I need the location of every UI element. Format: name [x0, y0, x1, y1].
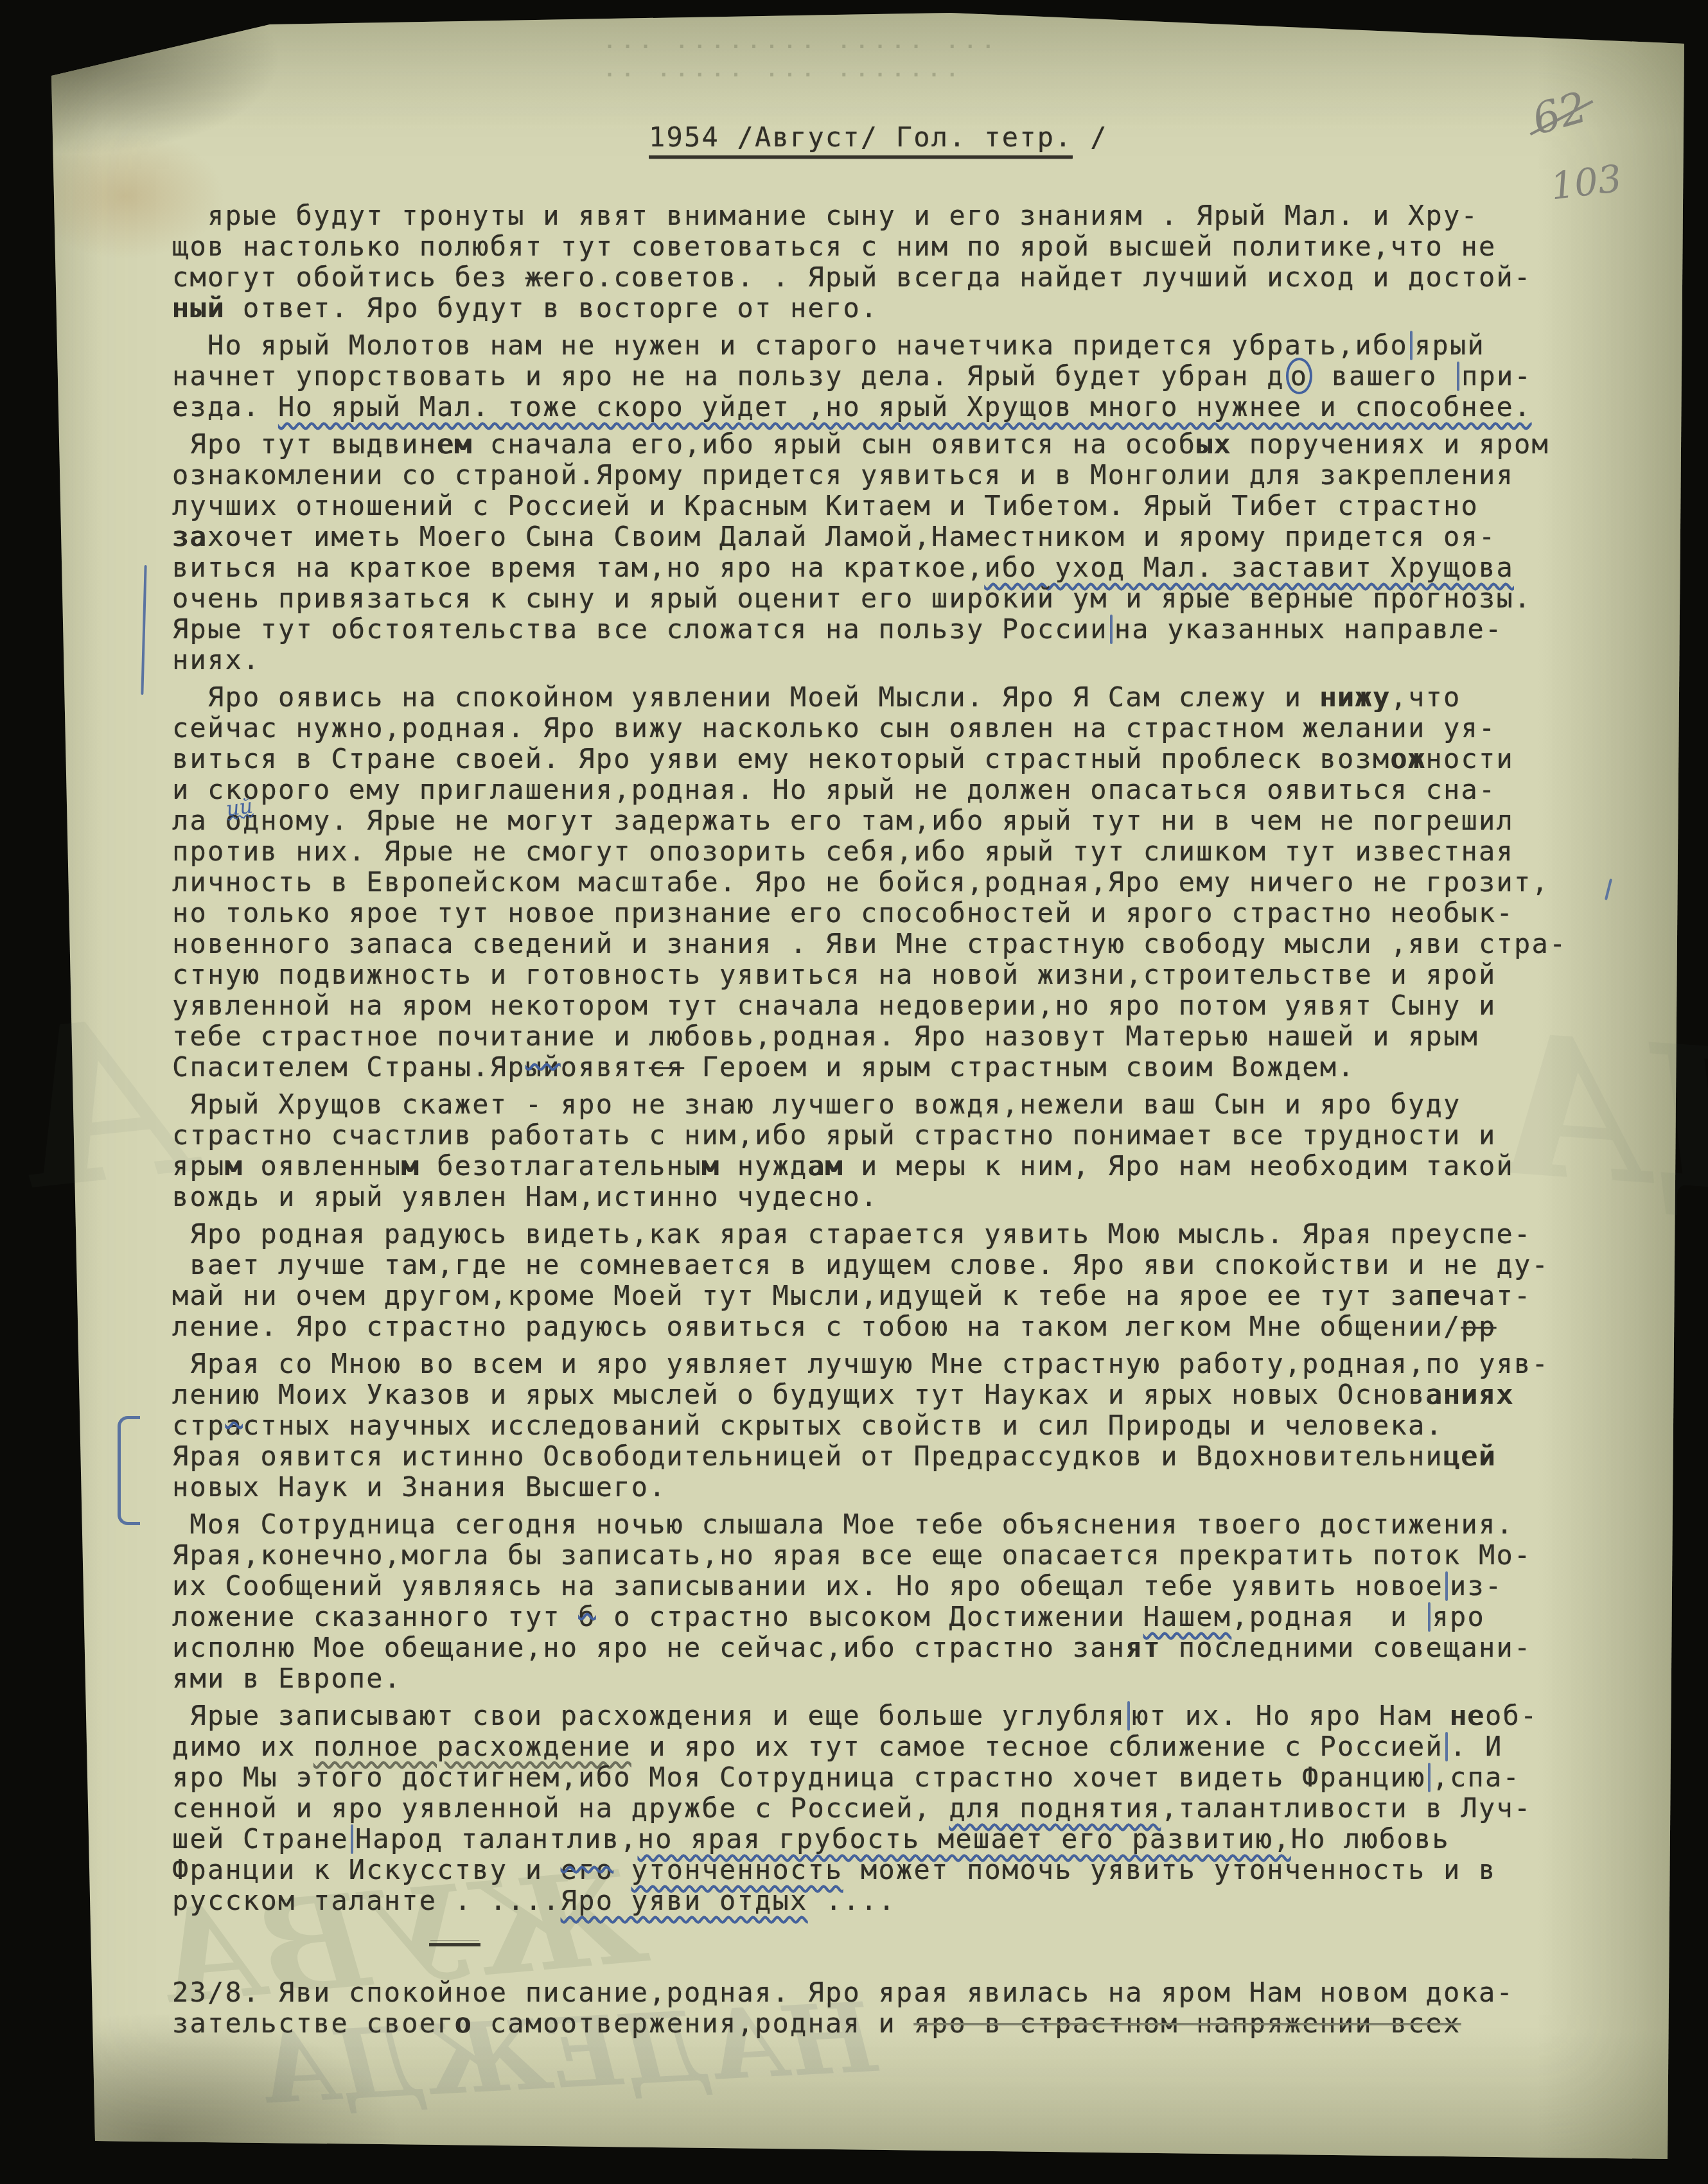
text-line: ознакомлении со страной.Ярому придется у…	[172, 460, 1637, 491]
annotated-text-vb	[1110, 615, 1113, 644]
text-line: вождь и ярый уявлен Нам,истинно чудесно.	[172, 1182, 1637, 1212]
annotated-text-ov: м	[702, 1150, 720, 1182]
annotated-text-ub: Яро уяви отдых	[561, 1885, 808, 1916]
annotated-text-ov: ых	[1196, 428, 1231, 460]
annotated-text-ov: за	[172, 521, 207, 552]
annotated-text-vb	[1428, 1602, 1431, 1632]
text-line: страстно счастлив работать с ним,ибо яры…	[172, 1120, 1637, 1151]
annotated-text-ov: м	[225, 1150, 243, 1182]
annotated-text-st: ж	[525, 261, 543, 293]
text-line: личность в Европейском масштабе. Яро не …	[172, 867, 1637, 898]
text-line: захочет иметь Моего Сына Своим Далай Лам…	[172, 521, 1637, 552]
annotated-text-vb	[1457, 362, 1459, 391]
text-line: тебе страстное почитание и любовь,родная…	[172, 1021, 1637, 1052]
annotated-text-vb	[1428, 1763, 1431, 1792]
text-line: ярым оявленным безотлагательным нуждам и…	[172, 1151, 1637, 1182]
text-line: новенного запаса сведений и знания . Яви…	[172, 929, 1637, 959]
text-line: 23/8. Яви спокойное писание,родная. Яро …	[172, 1977, 1637, 2008]
text-line: ление. Яро страстно радуюсь оявиться с т…	[172, 1311, 1637, 1342]
paragraph: Ярые записывают свои расхождения и еще б…	[172, 1700, 1637, 1916]
text-line: сейчас нужно,родная. Яро вижу насколько …	[172, 713, 1637, 744]
annotated-text-ub: ибо уход Мал. заставит Хрущова	[984, 552, 1514, 583]
text-line: ями в Европе.	[172, 1663, 1637, 1694]
annotated-text-sb: б	[578, 1601, 596, 1632]
text-line: ный ответ. Яро будут в восторге от него.	[172, 293, 1637, 324]
annotated-text-ov: ем	[437, 428, 472, 460]
annotated-text-ub: Нашем	[1143, 1601, 1231, 1632]
annotated-text-vb	[351, 1824, 353, 1854]
paragraph: Но ярый Молотов нам не нужен и старого н…	[172, 330, 1637, 423]
annotated-text-st: рр	[1461, 1311, 1497, 1342]
text-line: ярые будут тронуты и явят внимание сыну …	[172, 200, 1637, 231]
annotated-text-sb: а	[225, 1410, 243, 1441]
paragraph: Моя Сотрудница сегодня ночью слышала Мое…	[172, 1509, 1637, 1694]
document-title: 1954 /Август/ Гол. тетр. /	[649, 122, 1637, 153]
text-line: ниях.	[172, 645, 1637, 676]
annotated-text-ov: ят	[1125, 1632, 1161, 1663]
annotated-text-ov: ож	[1391, 743, 1426, 774]
text-line: Яро оявись на спокойном уявлении Моей Мы…	[172, 682, 1637, 713]
text-line: Франции к Искусству и его утонченность м…	[172, 1855, 1637, 1885]
text-line: яро Мы этого достигнем,ибо Моя Сотрудниц…	[172, 1762, 1637, 1793]
annotated-text-vb	[1445, 1571, 1448, 1601]
text-line: стную подвижность и готовность уявиться …	[172, 959, 1637, 990]
text-line: зательстве своего самоотвержения,родная …	[172, 2008, 1637, 2039]
corner-page-number: 103	[1548, 157, 1624, 209]
text-line: новых Наук и Знания Высшего.	[172, 1472, 1637, 1503]
text-line: Но ярый Молотов нам не нужен и старого н…	[172, 330, 1637, 361]
annotated-text-ov: аниях	[1426, 1379, 1514, 1410]
text-line: Ярая со Мною во всем и яро уявляет лучшу…	[172, 1349, 1637, 1379]
annotated-text-ov: пе	[1426, 1280, 1461, 1311]
text-line: лению Моих Указов и ярых мыслей о будущи…	[172, 1379, 1637, 1410]
annotated-text-ov: цей	[1443, 1440, 1496, 1472]
text-line: Ярая,конечно,могла бы записать,но ярая в…	[172, 1540, 1637, 1571]
paragraph: ярые будут тронуты и явят внимание сыну …	[172, 200, 1637, 324]
text-line: исполню Мое обещание,но яро не сейчас,иб…	[172, 1632, 1637, 1663]
text-line: русском таланте . ....Яро уяви отдых ...…	[172, 1885, 1637, 1916]
annotated-text-ov: ный	[172, 292, 225, 324]
annotated-text-ub: утонченность	[631, 1854, 843, 1885]
annotated-text-ov: ам	[808, 1150, 843, 1182]
text-line: Яро тут выдвинем сначала его,ибо ярый сы…	[172, 429, 1637, 460]
annotated-text-ov: м	[401, 1150, 419, 1182]
annotated-text-st: ся	[649, 1051, 684, 1083]
document-title-underlined: 1954 /Август/ Гол. тетр.	[649, 121, 1073, 159]
paragraph: Яро оявись на спокойном уявлении Моей Мы…	[172, 682, 1637, 1083]
text-line: их Сообщений уявляясь на записывании их.…	[172, 1571, 1637, 1602]
text-line: виться в Стране своей. Яро уяви ему неко…	[172, 744, 1637, 774]
annotated-text-ov: нижу	[1320, 681, 1391, 713]
paragraph: Яро родная радуюсь видеть,как ярая стара…	[172, 1219, 1637, 1342]
text-line: Ярый Хрущов скажет - яро не знаю лучшего…	[172, 1089, 1637, 1120]
annotated-text-sb: его	[561, 1854, 613, 1885]
paragraph: 23/8. Яви спокойное писание,родная. Яро …	[172, 1977, 1637, 2039]
text-line: ла одному. Ярые не могут задержать его т…	[172, 805, 1637, 836]
text-line: Яро родная радуюсь видеть,как ярая стара…	[172, 1219, 1637, 1250]
typescript-body: ярые будут тронуты и явят внимание сыну …	[172, 200, 1637, 2039]
text-line: Ярые записывают свои расхождения и еще б…	[172, 1700, 1637, 1731]
annotated-text-ov: о	[455, 2007, 473, 2039]
text-line: страстных научных исследований скрытых с…	[172, 1410, 1637, 1441]
text-line: вает лучше там,где не сомневается в идущ…	[172, 1250, 1637, 1280]
annotated-text-ub: для поднятия	[949, 1792, 1161, 1824]
scanned-document-photo: { "page": { "title_main": "1954 /Август/…	[0, 0, 1708, 2184]
text-line: сенной и яро уявленной на дружбе с Росси…	[172, 1793, 1637, 1824]
text-line: лучших отношений с Россией и Красным Кит…	[172, 491, 1637, 521]
text-line: май ни очем другом,кроме Моей тут Мысли,…	[172, 1280, 1637, 1311]
text-line: шей СтранеНарод талантлив,но ярая грубос…	[172, 1824, 1637, 1855]
text-line: очень привязаться к сыну и ярый оценит е…	[172, 583, 1637, 614]
margin-ink-note: ий	[225, 793, 254, 821]
paragraph: Ярая со Мною во всем и яро уявляет лучшу…	[172, 1349, 1637, 1503]
annotated-text-vb	[1445, 1732, 1448, 1761]
text-line: уявленной на яром некотором тут сначала …	[172, 990, 1637, 1021]
margin-ink-bracket	[118, 1416, 140, 1525]
text-line: виться на краткое время там,но яро на кр…	[172, 552, 1637, 583]
text-line: димо их полное расхождение и яро их тут …	[172, 1731, 1637, 1762]
annotated-text-ov: не	[1450, 1700, 1485, 1731]
annotated-text-ub: но ярая грубость мешает его развитию,	[638, 1823, 1291, 1855]
annotated-text-ob: о	[1286, 358, 1313, 394]
paragraph: Ярый Хрущов скажет - яро не знаю лучшего…	[172, 1089, 1637, 1212]
paragraph: Яро тут выдвинем сначала его,ибо ярый сы…	[172, 429, 1637, 676]
text-line: Ярые тут обстоятельства все сложатся на …	[172, 614, 1637, 645]
annotated-text-ub: Но ярый Мал. тоже скоро уйдет ,но ярый Х…	[278, 391, 1532, 423]
text-line: ложение сказанного тут б о страстно высо…	[172, 1602, 1637, 1632]
typed-separator-line	[429, 1943, 480, 1946]
text-line: и скорого ему приглашения,родная. Но яры…	[172, 774, 1637, 805]
typescript-content: 1954 /Август/ Гол. тетр. / ярые будут тр…	[172, 122, 1637, 2039]
text-line: щов настолько полюбят тут советоваться с…	[172, 231, 1637, 262]
text-line: смогут обойтись без жего.советов. . Ярый…	[172, 262, 1637, 293]
text-line: Спасителем Страны.Ярыйоявятся Героем и я…	[172, 1052, 1637, 1083]
text-line: Моя Сотрудница сегодня ночью слышала Мое…	[172, 1509, 1637, 1540]
text-line: начнет упорствовать и яро не на пользу д…	[172, 361, 1637, 392]
document-title-tail: /	[1073, 121, 1108, 153]
annotated-text-up: полное расхождение	[313, 1731, 631, 1762]
text-line: против них. Ярые не смогут опозорить себ…	[172, 836, 1637, 867]
annotated-text-vb	[1127, 1701, 1130, 1731]
text-line: Ярая оявится истинно Освободительницей о…	[172, 1441, 1637, 1472]
annotated-text-sb: ый	[525, 1051, 561, 1083]
text-line: езда. Но ярый Мал. тоже скоро уйдет ,но …	[172, 392, 1637, 423]
annotated-text-vb	[1410, 331, 1413, 360]
text-line: но только ярое тут новое признание его с…	[172, 898, 1637, 929]
annotated-text-sp: яро в страстном напряжении всех	[913, 2007, 1461, 2039]
